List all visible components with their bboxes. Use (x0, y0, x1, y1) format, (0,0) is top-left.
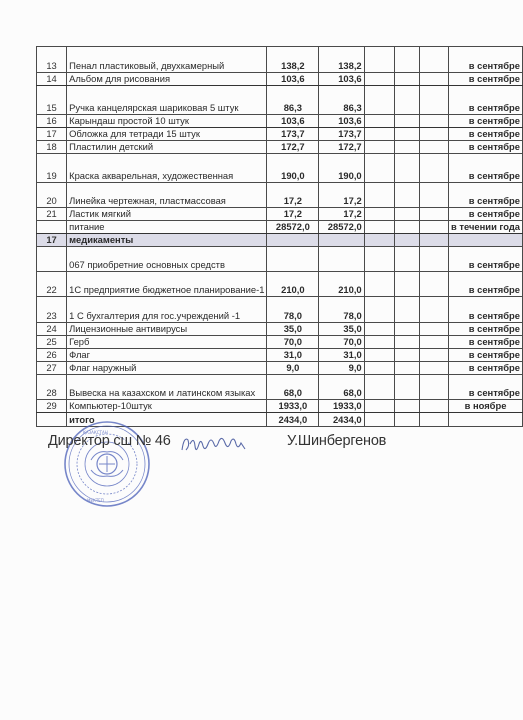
approved-amount: 9,0 (319, 362, 364, 375)
svg-text:ҚАЗАҚСТАН: ҚАЗАҚСТАН (83, 430, 108, 435)
due-period: в сентябре (449, 362, 523, 375)
empty-cell (364, 115, 394, 128)
table-row: 221С предприятие бюджетное планирование-… (37, 272, 523, 297)
approved-amount: 103,6 (319, 73, 364, 86)
empty-cell (394, 297, 420, 323)
item-name: медикаменты (67, 234, 267, 247)
empty-cell (364, 349, 394, 362)
item-name: Герб (67, 336, 267, 349)
empty-cell (364, 128, 394, 141)
table-row: 27Флаг наружный9,09,0в сентябре (37, 362, 523, 375)
signature-icon (178, 428, 258, 462)
planned-amount: 31,0 (267, 349, 319, 362)
empty-cell (364, 400, 394, 413)
empty-cell (394, 115, 420, 128)
row-number (37, 221, 67, 234)
empty-cell (364, 272, 394, 297)
empty-cell (420, 247, 449, 272)
table-row: 067 приобретние основных средствв сентяб… (37, 247, 523, 272)
approved-amount: 2434,0 (319, 413, 364, 427)
row-number: 22 (37, 272, 67, 297)
planned-amount: 70,0 (267, 336, 319, 349)
due-period: в сентябре (449, 272, 523, 297)
empty-cell (420, 413, 449, 427)
due-period: в сентябре (449, 247, 523, 272)
empty-cell (364, 208, 394, 221)
planned-amount: 210,0 (267, 272, 319, 297)
row-number: 29 (37, 400, 67, 413)
item-name: питание (67, 221, 267, 234)
empty-cell (364, 221, 394, 234)
row-number: 24 (37, 323, 67, 336)
empty-cell (364, 247, 394, 272)
empty-cell (364, 154, 394, 183)
procurement-table: 13Пенал пластиковый, двухкамерный138,213… (36, 46, 523, 427)
due-period: в течении года (449, 221, 523, 234)
planned-amount (267, 247, 319, 272)
empty-cell (394, 400, 420, 413)
due-period: в сентябре (449, 297, 523, 323)
empty-cell (394, 234, 420, 247)
row-number: 13 (37, 47, 67, 73)
item-name: Флаг наружный (67, 362, 267, 375)
due-period: в сентябре (449, 323, 523, 336)
due-period: в сентябре (449, 183, 523, 208)
planned-amount: 103,6 (267, 73, 319, 86)
empty-cell (364, 362, 394, 375)
table-row: 24Лицензионные антивирусы35,035,0в сентя… (37, 323, 523, 336)
empty-cell (420, 362, 449, 375)
planned-amount: 35,0 (267, 323, 319, 336)
empty-cell (394, 247, 420, 272)
item-name: Лицензионные антивирусы (67, 323, 267, 336)
due-period (449, 234, 523, 247)
svg-text:МЕКТЕП: МЕКТЕП (87, 498, 104, 503)
empty-cell (394, 362, 420, 375)
table-row: 16Карындаш простой 10 штук103,6103,6в се… (37, 115, 523, 128)
item-name: Флаг (67, 349, 267, 362)
planned-amount: 86,3 (267, 86, 319, 115)
director-name: У.Шинбергенов (287, 433, 386, 449)
due-period: в сентябре (449, 115, 523, 128)
approved-amount: 35,0 (319, 323, 364, 336)
row-number: 20 (37, 183, 67, 208)
empty-cell (364, 73, 394, 86)
table-row: 13Пенал пластиковый, двухкамерный138,213… (37, 47, 523, 73)
row-number: 25 (37, 336, 67, 349)
due-period: в ноябре (449, 400, 523, 413)
approved-amount: 17,2 (319, 183, 364, 208)
due-period: в сентябре (449, 141, 523, 154)
planned-amount: 138,2 (267, 47, 319, 73)
empty-cell (420, 400, 449, 413)
due-period: в сентябре (449, 208, 523, 221)
row-number: 26 (37, 349, 67, 362)
empty-cell (394, 141, 420, 154)
due-period: в сентябре (449, 128, 523, 141)
approved-amount: 17,2 (319, 208, 364, 221)
row-number: 19 (37, 154, 67, 183)
empty-cell (364, 323, 394, 336)
row-number: 17 (37, 234, 67, 247)
table-body: 13Пенал пластиковый, двухкамерный138,213… (37, 47, 523, 427)
empty-cell (394, 208, 420, 221)
empty-cell (364, 336, 394, 349)
planned-amount: 2434,0 (267, 413, 319, 427)
item-name: Карындаш простой 10 штук (67, 115, 267, 128)
item-name: Альбом для рисования (67, 73, 267, 86)
due-period (449, 413, 523, 427)
row-number: 16 (37, 115, 67, 128)
empty-cell (394, 154, 420, 183)
empty-cell (394, 73, 420, 86)
row-number (37, 247, 67, 272)
empty-cell (420, 297, 449, 323)
empty-cell (394, 336, 420, 349)
approved-amount: 28572,0 (319, 221, 364, 234)
empty-cell (420, 349, 449, 362)
empty-cell (394, 375, 420, 400)
row-number: 23 (37, 297, 67, 323)
due-period: в сентябре (449, 154, 523, 183)
item-name: Компьютер-10штук (67, 400, 267, 413)
empty-cell (364, 375, 394, 400)
table-row: питание28572,028572,0в течении года (37, 221, 523, 234)
table-row: 17Обложка для тетради 15 штук173,7173,7в… (37, 128, 523, 141)
approved-amount (319, 234, 364, 247)
document-page: 13Пенал пластиковый, двухкамерный138,213… (0, 0, 523, 720)
empty-cell (364, 234, 394, 247)
empty-cell (420, 183, 449, 208)
due-period: в сентябре (449, 73, 523, 86)
item-name: Ластик мягкий (67, 208, 267, 221)
official-stamp-icon: ҚАЗАҚСТАН МЕКТЕП (63, 420, 151, 508)
empty-cell (420, 234, 449, 247)
empty-cell (364, 141, 394, 154)
approved-amount: 172,7 (319, 141, 364, 154)
empty-cell (364, 413, 394, 427)
approved-amount: 173,7 (319, 128, 364, 141)
due-period: в сентябре (449, 86, 523, 115)
planned-amount: 17,2 (267, 183, 319, 208)
empty-cell (420, 115, 449, 128)
table-row: 20Линейка чертежная, пластмассовая17,217… (37, 183, 523, 208)
item-name: Вывеска на казахском и латинском языках (67, 375, 267, 400)
empty-cell (394, 183, 420, 208)
empty-cell (394, 272, 420, 297)
table-row: 15Ручка канцелярская шариковая 5 штук86,… (37, 86, 523, 115)
planned-amount: 190,0 (267, 154, 319, 183)
table-row: 21Ластик мягкий17,217,2в сентябре (37, 208, 523, 221)
item-name: итого (67, 413, 267, 427)
empty-cell (364, 86, 394, 115)
due-period: в сентябре (449, 375, 523, 400)
due-period: в сентябре (449, 47, 523, 73)
approved-amount: 70,0 (319, 336, 364, 349)
item-name: Обложка для тетради 15 штук (67, 128, 267, 141)
table-row: 18Пластилин детский172,7172,7в сентябре (37, 141, 523, 154)
empty-cell (394, 323, 420, 336)
approved-amount (319, 247, 364, 272)
table-row: 28Вывеска на казахском и латинском языка… (37, 375, 523, 400)
planned-amount: 9,0 (267, 362, 319, 375)
planned-amount: 103,6 (267, 115, 319, 128)
approved-amount: 1933,0 (319, 400, 364, 413)
row-number: 18 (37, 141, 67, 154)
row-number: 27 (37, 362, 67, 375)
approved-amount: 78,0 (319, 297, 364, 323)
item-name: Краска акварельная, художественная (67, 154, 267, 183)
item-name: Линейка чертежная, пластмассовая (67, 183, 267, 208)
item-name: 1С предприятие бюджетное планирование-1 (67, 272, 267, 297)
empty-cell (394, 221, 420, 234)
row-number: 15 (37, 86, 67, 115)
director-title: Директор сш № 46 (48, 433, 171, 449)
approved-amount: 103,6 (319, 115, 364, 128)
planned-amount: 68,0 (267, 375, 319, 400)
planned-amount: 1933,0 (267, 400, 319, 413)
empty-cell (394, 86, 420, 115)
item-name: 1 С бухгалтерия для гос.учреждений -1 (67, 297, 267, 323)
approved-amount: 86,3 (319, 86, 364, 115)
approved-amount: 68,0 (319, 375, 364, 400)
empty-cell (420, 73, 449, 86)
due-period: в сентябре (449, 349, 523, 362)
approved-amount: 210,0 (319, 272, 364, 297)
empty-cell (420, 323, 449, 336)
table-row: 19Краска акварельная, художественная190,… (37, 154, 523, 183)
empty-cell (420, 154, 449, 183)
table-row: 17медикаменты (37, 234, 523, 247)
approved-amount: 138,2 (319, 47, 364, 73)
item-name: Пенал пластиковый, двухкамерный (67, 47, 267, 73)
empty-cell (420, 47, 449, 73)
item-name: Пластилин детский (67, 141, 267, 154)
due-period: в сентябре (449, 336, 523, 349)
table-row: 231 С бухгалтерия для гос.учреждений -17… (37, 297, 523, 323)
table-row: 26Флаг31,031,0в сентябре (37, 349, 523, 362)
row-number: 17 (37, 128, 67, 141)
planned-amount: 173,7 (267, 128, 319, 141)
empty-cell (394, 349, 420, 362)
empty-cell (394, 128, 420, 141)
row-number: 21 (37, 208, 67, 221)
planned-amount: 28572,0 (267, 221, 319, 234)
table-row: 25Герб70,070,0в сентябре (37, 336, 523, 349)
empty-cell (420, 336, 449, 349)
empty-cell (420, 208, 449, 221)
row-number: 28 (37, 375, 67, 400)
table-row: итого2434,02434,0 (37, 413, 523, 427)
planned-amount: 78,0 (267, 297, 319, 323)
empty-cell (420, 221, 449, 234)
empty-cell (420, 141, 449, 154)
row-number: 14 (37, 73, 67, 86)
item-name: 067 приобретние основных средств (67, 247, 267, 272)
empty-cell (364, 47, 394, 73)
approved-amount: 31,0 (319, 349, 364, 362)
empty-cell (420, 128, 449, 141)
item-name: Ручка канцелярская шариковая 5 штук (67, 86, 267, 115)
empty-cell (420, 375, 449, 400)
empty-cell (394, 47, 420, 73)
empty-cell (394, 413, 420, 427)
planned-amount (267, 234, 319, 247)
empty-cell (420, 272, 449, 297)
empty-cell (364, 183, 394, 208)
planned-amount: 172,7 (267, 141, 319, 154)
table-row: 14Альбом для рисования103,6103,6в сентяб… (37, 73, 523, 86)
empty-cell (420, 86, 449, 115)
empty-cell (364, 297, 394, 323)
approved-amount: 190,0 (319, 154, 364, 183)
table-row: 29Компьютер-10штук1933,01933,0в ноябре (37, 400, 523, 413)
planned-amount: 17,2 (267, 208, 319, 221)
row-number (37, 413, 67, 427)
